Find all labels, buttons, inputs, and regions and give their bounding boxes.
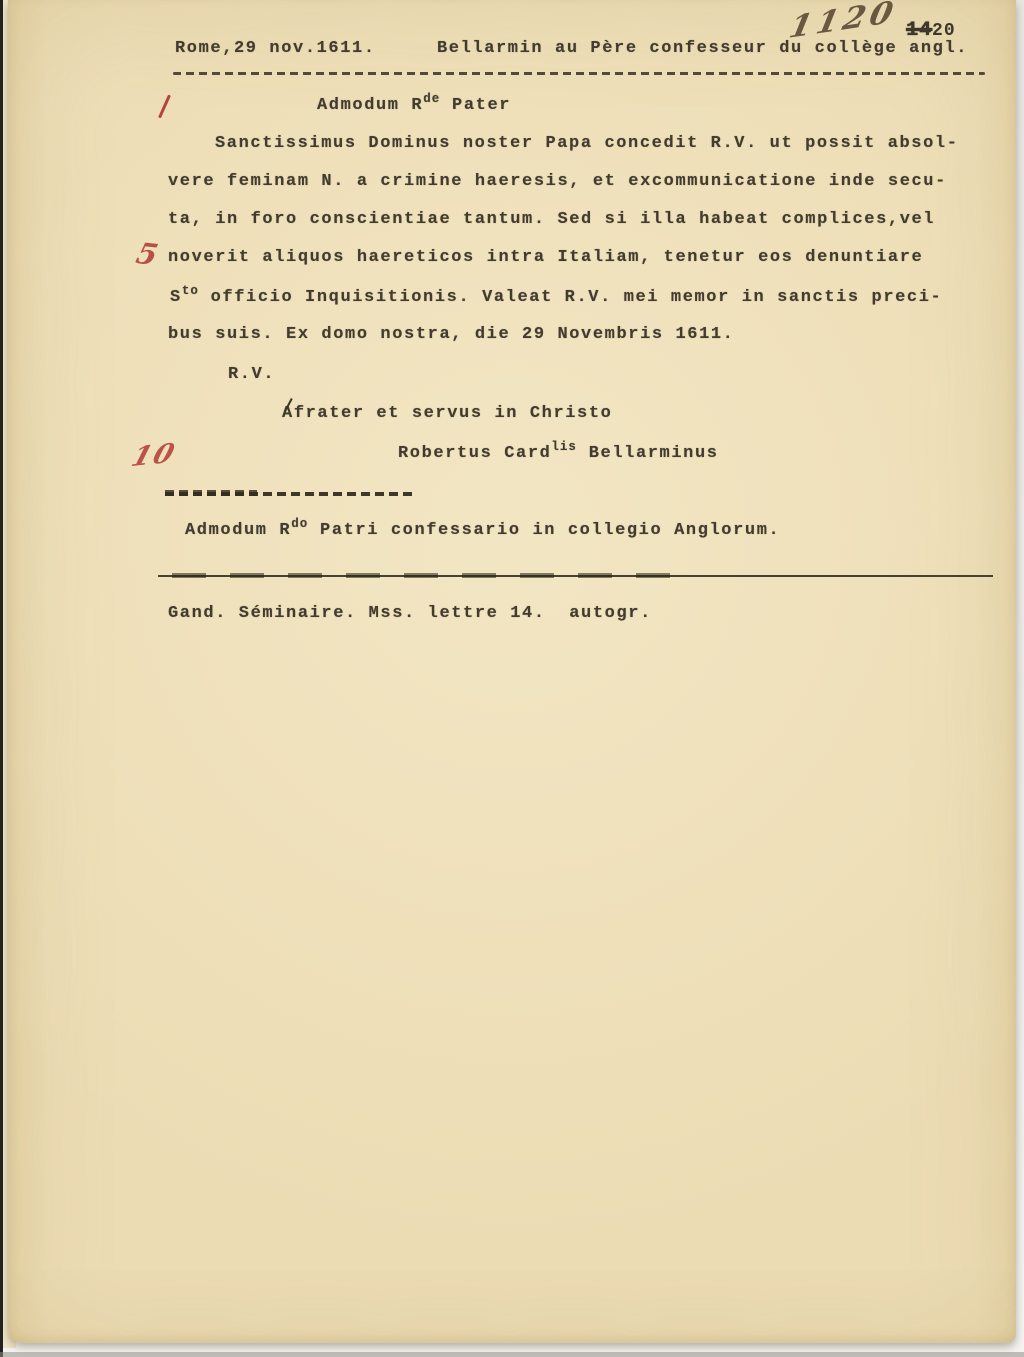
scanned-document-page: 1120 1420 Rome,29 nov.1611. Bellarmin au… (0, 0, 1024, 1357)
address-superscript: do (291, 517, 308, 531)
header-dashed-rule (173, 72, 985, 75)
closing-line: Afrater et servus in Christo (282, 403, 612, 425)
body-line-5-text-post: officio Inquisitionis. Valeat R.V. mei m… (199, 288, 943, 307)
body-line-3: ta, in foro conscientiae tantum. Sed si … (168, 209, 935, 231)
body-line-2: vere feminam N. a crimine haeresis, et e… (168, 171, 947, 193)
closing-text: frater et servus in Christo (294, 404, 613, 423)
header-title: Bellarmin au Père confesseur du collège … (437, 38, 968, 60)
body-line-4: noverit aliquos haereticos intra Italiam… (168, 247, 923, 269)
salutation-text: Admodum R (317, 96, 423, 115)
footer-solid-rule-overstrike (172, 573, 692, 578)
scan-edge-bottom (0, 1352, 1024, 1357)
header-dateline: Rome,29 nov.1611. (175, 38, 376, 60)
body-line-6: bus suis. Ex domo nostra, die 29 Novembr… (168, 324, 734, 346)
address-line: Admodum Rdo Patri confessario in collegi… (185, 520, 780, 542)
salutation-superscript: de (423, 92, 440, 106)
body-line-5-superscript: to (182, 284, 199, 298)
valediction-rv: R.V. (228, 364, 275, 386)
signature-superscript: lis (551, 440, 577, 454)
body-line-1: Sanctissimus Dominus noster Papa concedi… (215, 133, 959, 155)
source-note: Gand. Séminaire. Mss. lettre 14. autogr. (168, 603, 652, 625)
body-line-5-text: S (170, 288, 182, 307)
letter-salutation: Admodum Rde Pater (317, 95, 511, 117)
signature-line: Robertus Cardlis Bellarminus (398, 443, 719, 465)
salutation-text-post: Pater (440, 96, 511, 115)
closing-struck-letter: A (282, 403, 294, 425)
signature-text-post: Bellarminus (577, 444, 719, 463)
body-line-5: Sto officio Inquisitionis. Valeat R.V. m… (170, 287, 942, 309)
paper-sheet (8, 0, 1016, 1343)
signature-text: Robertus Card (398, 444, 551, 463)
address-text-post: Patri confessario in collegio Anglorum. (308, 521, 780, 540)
closing-dashed-rule-bold-start (165, 490, 257, 496)
address-text: Admodum R (185, 521, 291, 540)
